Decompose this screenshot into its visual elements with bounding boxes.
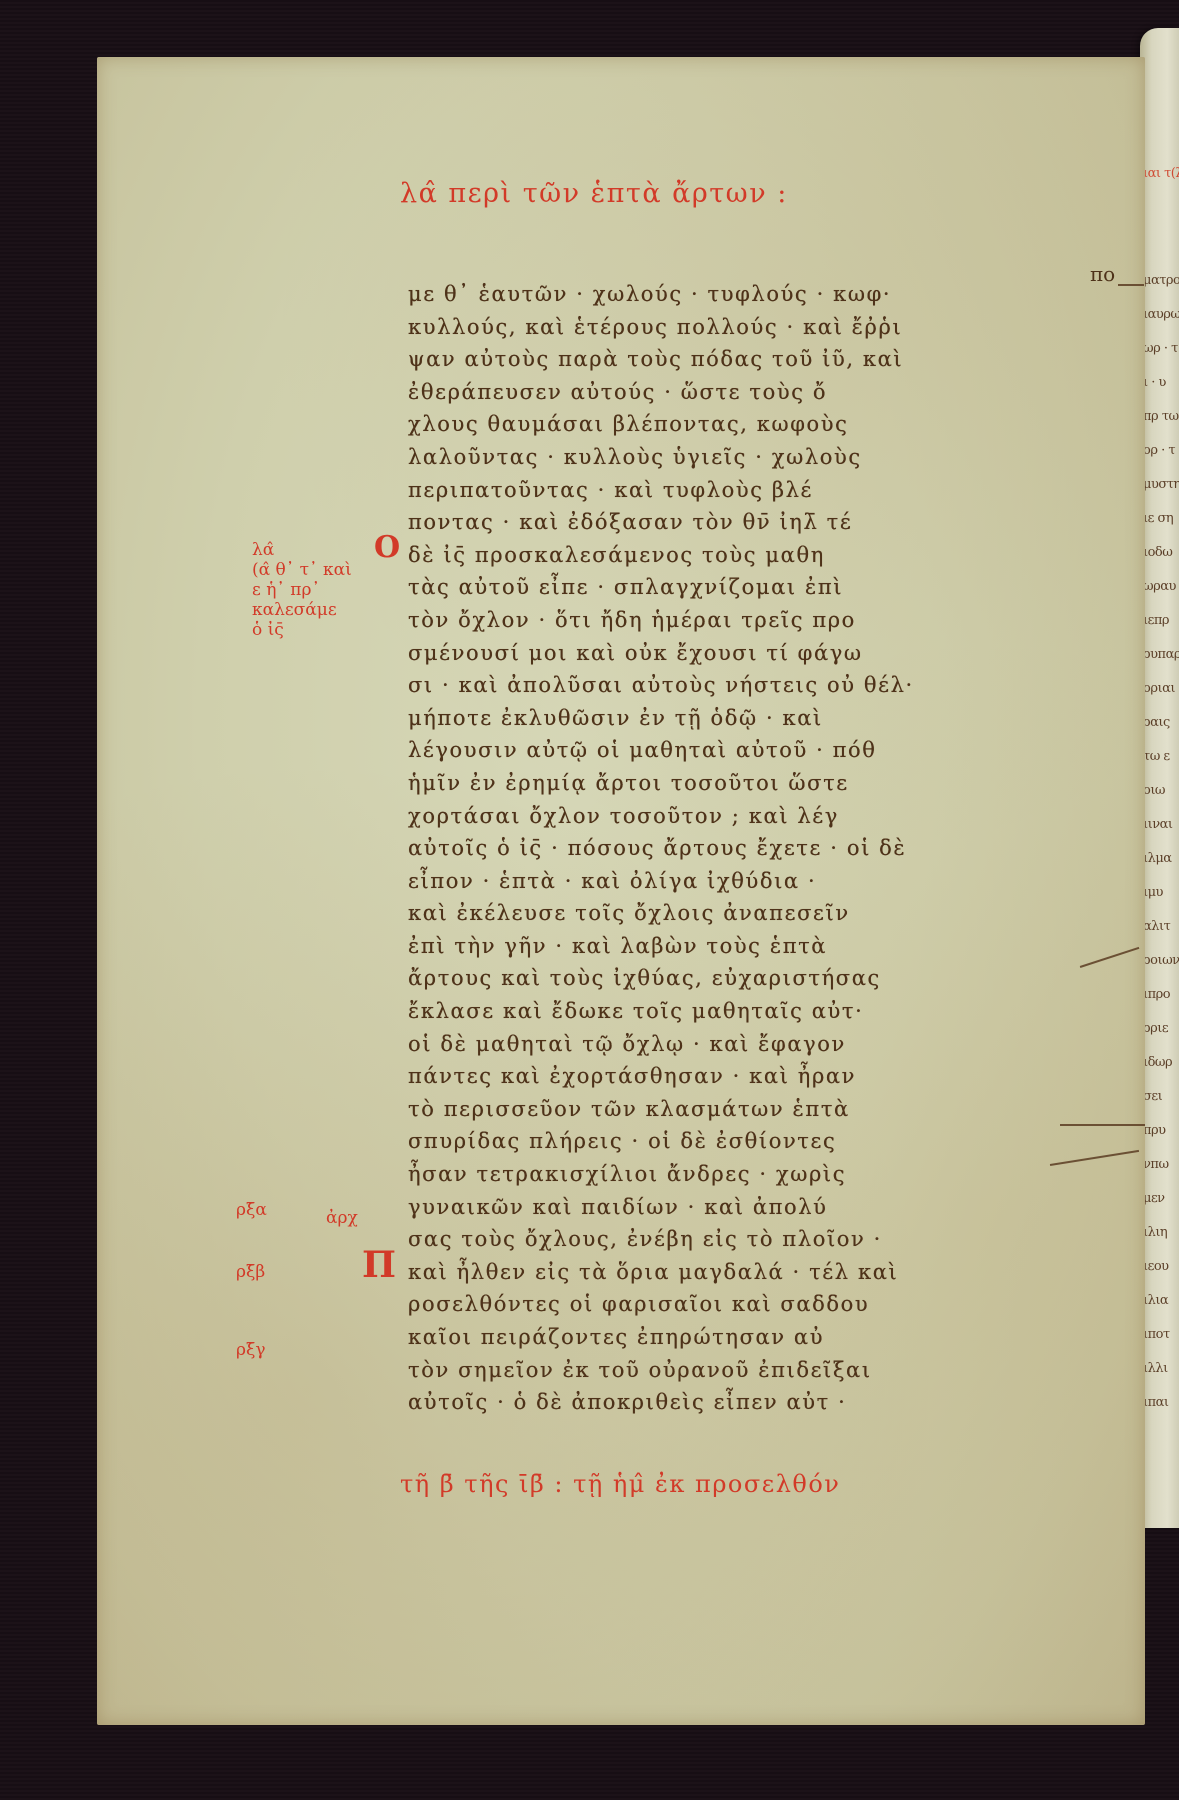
arche-mark: ἀρχ — [326, 1208, 358, 1228]
text-line: τὰς αὐτοῦ εἶπε · σπλαγχνίζομαι ἐπὶ — [408, 571, 1108, 604]
adjacent-page-text-fragment: ωραυ — [1143, 579, 1176, 594]
adjacent-page-text-fragment: αλιτ — [1143, 919, 1170, 934]
adjacent-page-text-fragment: ιε ση — [1143, 511, 1173, 526]
red-initial-omicron: Ο — [374, 530, 400, 565]
adjacent-page-text-fragment: ιλλι — [1143, 1361, 1168, 1376]
margin-lection-note: λα̂ (α̂ θ᾽ τ᾽ καὶ ε ἡ᾽ πρ᾽ καλεσάμε ὁ ἰς… — [252, 540, 352, 640]
text-line: καῖοι πειράζοντες ἐπηρώτησαν αὐ — [408, 1321, 1108, 1354]
text-line: ἐπὶ τὴν γῆν · καὶ λαβὼν τοὺς ἑπτὰ — [408, 930, 1108, 963]
section-number-162: ρξ̄β — [236, 1262, 265, 1282]
text-line: σι · καὶ ἀπολῦσαι αὐτοὺς νήστεις οὐ θέλ· — [408, 669, 1108, 702]
adjacent-page-rubric: ιαι τ(λ — [1143, 166, 1179, 181]
text-line: εἶπον · ἑπτὰ · καὶ ὀλίγα ἰχθύδια · — [408, 865, 1108, 898]
text-line: τὸν σημεῖον ἐκ τοῦ οὐρανοῦ ἐπιδεῖξαι — [408, 1354, 1108, 1387]
text-line: γυναικῶν καὶ παιδίων · καὶ ἀπολύ — [408, 1191, 1108, 1224]
text-line: αὐτοῖς · ὁ δὲ ἀποκριθεὶς εἶπεν αὐτ · — [408, 1386, 1108, 1419]
adjacent-page-text-fragment: σει — [1143, 1089, 1162, 1104]
adjacent-page-text-fragment: ορ · τ — [1143, 443, 1175, 458]
adjacent-page-text-fragment: ι · ʋ — [1143, 375, 1166, 390]
text-line: ψαν αὐτοὺς παρὰ τοὺς πόδας τοῦ ἰῦ, καὶ — [408, 343, 1108, 376]
adjacent-page-text-fragment: πρυ — [1143, 1123, 1166, 1138]
text-line: ἔκλασε καὶ ἔδωκε τοῖς μαθηταῖς αὐτ· — [408, 995, 1108, 1028]
text-line: σπυρίδας πλήρεις · οἱ δὲ ἐσθίοντες — [408, 1125, 1108, 1158]
text-line: ἐθεράπευσεν αὐτούς · ὥστε τοὺς ὄ — [408, 376, 1108, 409]
text-line: ροσελθόντες οἱ φαρισαῖοι καὶ σαδδου — [408, 1288, 1108, 1321]
lection-heading: λα̂ περὶ τῶν ἑπτὰ ἄρτων : — [400, 178, 788, 209]
text-line: με θ᾽ ἑαυτῶν · χωλούς · τυφλούς · κωφ· — [408, 278, 1108, 311]
adjacent-page-text-fragment: ιδωρ — [1143, 1055, 1172, 1070]
margin-rule — [1118, 284, 1144, 286]
adjacent-page-text-fragment: ιιναι — [1143, 817, 1172, 832]
adjacent-page-text-fragment: ιποτ — [1143, 1327, 1170, 1342]
adjacent-page-text-fragment: ροιων — [1143, 953, 1179, 968]
text-line: μήποτε ἐκλυθῶσιν ἐν τῇ ὁδῷ · καὶ — [408, 702, 1108, 735]
adjacent-page-text-fragment: οιω — [1143, 783, 1165, 798]
text-line: τὸ περισσεῦον τῶν κλασμάτων ἑπτὰ — [408, 1093, 1108, 1126]
adjacent-page-text-fragment: ιμυ — [1143, 885, 1163, 900]
adjacent-page-text-fragment: ραις — [1143, 715, 1170, 730]
text-line: ἦσαν τετρακισχίλιοι ἄνδρες · χωρὶς — [408, 1158, 1108, 1191]
adjacent-page-text-fragment: νπω — [1143, 1157, 1169, 1172]
adjacent-page-text-fragment: τω ε — [1143, 749, 1170, 764]
adjacent-page-text-fragment: ωρ · τ — [1143, 341, 1178, 356]
main-text-column: με θ᾽ ἑαυτῶν · χωλούς · τυφλούς · κωφ·κυ… — [408, 278, 1108, 1419]
adjacent-page-text-fragment: ρριε — [1143, 1021, 1168, 1036]
adjacent-page-text-fragment: ιλιη — [1143, 1225, 1167, 1240]
red-initial-pi: Π — [362, 1244, 396, 1286]
text-line: χλους θαυμάσαι βλέποντας, κωφοὺς — [408, 408, 1108, 441]
adjacent-page-text-fragment: ιεου — [1143, 1259, 1169, 1274]
adjacent-page-edge: ιαι τ(λ ματροιαυρωωρ · τι · ʋπρ τωορ · τ… — [1140, 28, 1179, 1528]
text-line: σμένουσί μοι καὶ οὐκ ἔχουσι τί φάγω — [408, 637, 1108, 670]
adjacent-page-text-fragment: ιπαι — [1143, 1395, 1169, 1410]
adjacent-page-text-fragment: ιοδω — [1143, 545, 1172, 560]
text-line: περιπατοῦντας · καὶ τυφλοὺς βλέ — [408, 474, 1108, 507]
adjacent-page-text-fragment: ιπρο — [1143, 987, 1170, 1002]
text-line: κυλλούς, καὶ ἑτέρους πολλούς · καὶ ἔῤῥι — [408, 311, 1108, 344]
text-line: λαλοῦντας · κυλλοὺς ὑγιεῖς · χωλοὺς — [408, 441, 1108, 474]
adjacent-page-text-fragment: μυστη — [1143, 477, 1179, 492]
adjacent-page-text-fragment: μεν — [1143, 1191, 1165, 1206]
text-line: πάντες καὶ ἐχορτάσθησαν · καὶ ἦραν — [408, 1060, 1108, 1093]
text-line: τὸν ὄχλον · ὅτι ἤδη ἡμέραι τρεῖς προ — [408, 604, 1108, 637]
lection-footer-rubric: τῆ β̄ τῆς ῑβ̄ : τῇ ἡμ̂ ἐκ προσελθόν — [400, 1470, 840, 1498]
adjacent-page-text-fragment: ιεπρ — [1143, 613, 1169, 628]
text-line: δὲ ἰς̄ προσκαλεσάμενος τοὺς μαθη — [408, 539, 1108, 572]
text-line: καὶ ἐκέλευσε τοῖς ὄχλοις ἀναπεσεῖν — [408, 897, 1108, 930]
adjacent-page-text-fragment: ιλμα — [1143, 851, 1172, 866]
adjacent-page-text-fragment: ιλια — [1143, 1293, 1168, 1308]
text-line: λέγουσιν αὐτῷ οἱ μαθηταὶ αὐτοῦ · πόθ — [408, 734, 1108, 767]
text-line: σας τοὺς ὄχλους, ἐνέβη εἰς τὸ πλοῖον · — [408, 1223, 1108, 1256]
adjacent-page-text-fragment: ιαυρω — [1143, 307, 1179, 322]
text-line: οἱ δὲ μαθηταὶ τῷ ὄχλῳ · καὶ ἔφαγον — [408, 1028, 1108, 1061]
text-line: ἡμῖν ἐν ἐρημίᾳ ἄρτοι τοσοῦτοι ὥστε — [408, 767, 1108, 800]
adjacent-page-text-fragment: οριαι — [1143, 681, 1175, 696]
text-line: ποντας · καὶ ἐδόξασαν τὸν θν̄ ἰηλ̄ τέ — [408, 506, 1108, 539]
text-line: χορτάσαι ὄχλον τοσοῦτον ; καὶ λέγ — [408, 800, 1108, 833]
adjacent-page-text-fragment: πρ τω — [1143, 409, 1179, 424]
text-line: καὶ ἦλθεν εἰς τὰ ὅρια μαγδαλά · τέλ καὶ — [408, 1256, 1108, 1289]
section-number-161: ρξ̄α — [236, 1200, 267, 1220]
adjacent-page-text-fragment: ματρο — [1143, 273, 1179, 288]
text-line: ἄρτους καὶ τοὺς ἰχθύας, εὐχαριστήσας — [408, 962, 1108, 995]
margin-rule — [1060, 1124, 1145, 1126]
text-line: αὐτοῖς ὁ ἰς̄ · πόσους ἄρτους ἔχετε · οἱ … — [408, 832, 1108, 865]
adjacent-page-text-fragment: ρυπαρ — [1143, 647, 1179, 662]
section-number-163: ρξ̄γ — [236, 1340, 266, 1360]
